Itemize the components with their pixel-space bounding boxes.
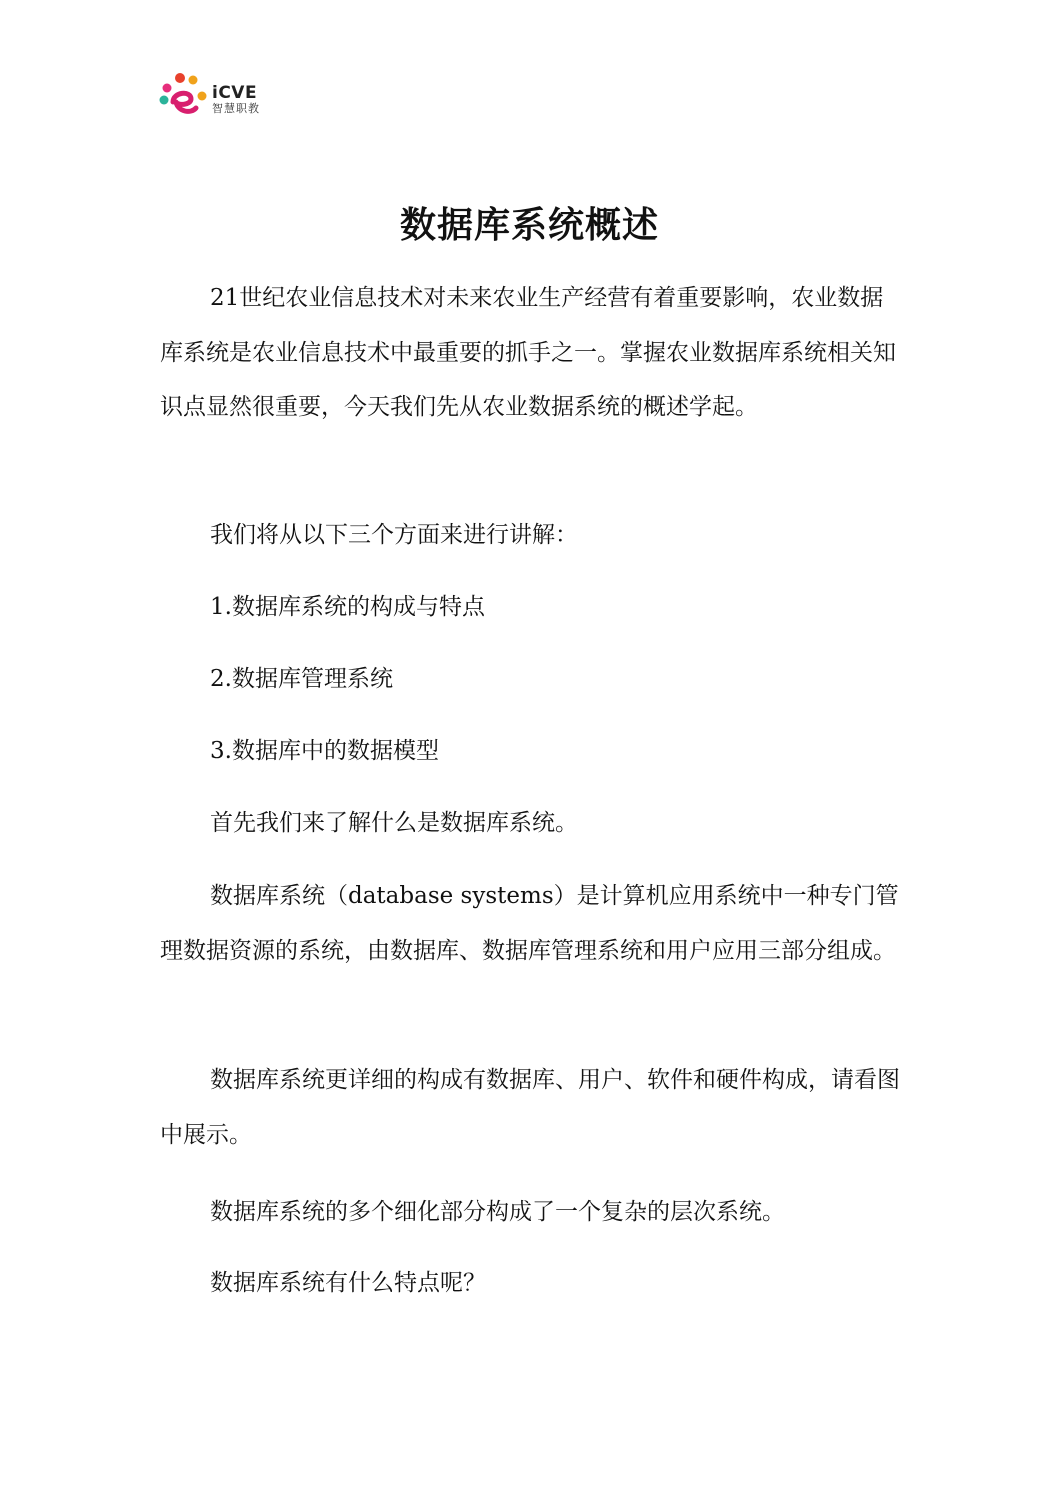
paragraph-definition: 数据库系统（database systems）是计算机应用系统中一种专门管理数据… (160, 869, 900, 978)
logo-flower-icon (158, 72, 208, 120)
icve-logo: iCVE 智慧职教 (158, 72, 268, 120)
paragraph-first: 首先我们来了解什么是数据库系统。 (160, 796, 900, 851)
document-title: 数据库系统概述 (0, 200, 1059, 250)
list-item-3: 3.数据库中的数据模型 (160, 724, 900, 779)
list-item-2: 2.数据库管理系统 (160, 652, 900, 707)
paragraph-outline-intro: 我们将从以下三个方面来进行讲解： (160, 508, 900, 563)
paragraph-composition: 数据库系统更详细的构成有数据库、用户、软件和硬件构成，请看图中展示。 (160, 1053, 900, 1162)
list-item-1: 1.数据库系统的构成与特点 (160, 580, 900, 635)
paragraph-intro: 21世纪农业信息技术对未来农业生产经营有着重要影响，农业数据库系统是农业信息技术… (160, 271, 900, 435)
paragraph-hierarchy: 数据库系统的多个细化部分构成了一个复杂的层次系统。 (160, 1185, 900, 1240)
paragraph-question: 数据库系统有什么特点呢？ (160, 1256, 900, 1311)
logo-subtitle: 智慧职教 (212, 102, 260, 115)
logo-brand: iCVE (212, 84, 260, 102)
